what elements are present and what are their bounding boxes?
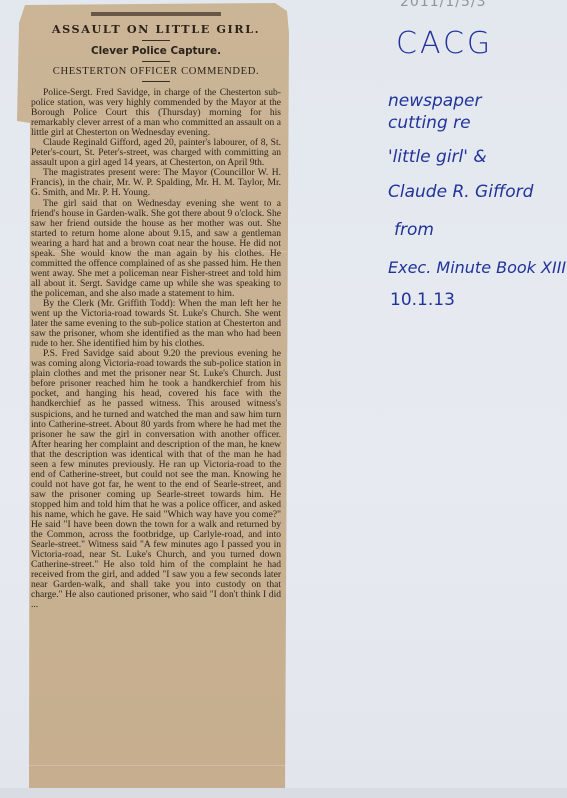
article-paragraph: Police-Sergt. Fred Savidge, in charge of…	[31, 88, 281, 138]
note-line: Exec. Minute Book XIII	[388, 258, 566, 277]
article-body: Police-Sergt. Fred Savidge, in charge of…	[31, 88, 281, 610]
fold-line	[29, 765, 287, 766]
clipping-content: ASSAULT ON LITTLE GIRL. Clever Police Ca…	[31, 12, 281, 610]
note-line: cutting re	[388, 113, 471, 133]
collection-code: CACG	[396, 26, 493, 61]
divider	[142, 81, 170, 82]
article-paragraph: The magistrates present were: The Mayor …	[31, 168, 281, 198]
divider	[142, 40, 170, 41]
bottom-edge	[0, 788, 567, 798]
note-line: Claude R. Gifford	[388, 182, 533, 202]
article-paragraph: By the Clerk (Mr. Griffith Todd): When t…	[31, 299, 281, 349]
divider	[142, 61, 170, 62]
headline: ASSAULT ON LITTLE GIRL.	[31, 22, 281, 36]
note-line: from	[394, 220, 434, 240]
article-paragraph: Claude Reginald Gifford, aged 20, painte…	[31, 138, 281, 168]
pencil-reference-number: 2011/1/5/3	[400, 0, 487, 10]
newspaper-clipping: ASSAULT ON LITTLE GIRL. Clever Police Ca…	[17, 3, 289, 798]
note-line: newspaper	[388, 91, 481, 111]
top-rule	[91, 12, 221, 16]
note-line: 'little girl' &	[388, 147, 487, 167]
article-paragraph: P.S. Fred Savidge said about 9.20 the pr…	[31, 349, 281, 610]
secondary-subheadline: CHESTERTON OFFICER COMMENDED.	[31, 66, 281, 77]
article-paragraph: The girl said that on Wednesday evening …	[31, 199, 281, 299]
subheadline: Clever Police Capture.	[31, 45, 281, 57]
note-date: 10.1.13	[390, 290, 455, 310]
